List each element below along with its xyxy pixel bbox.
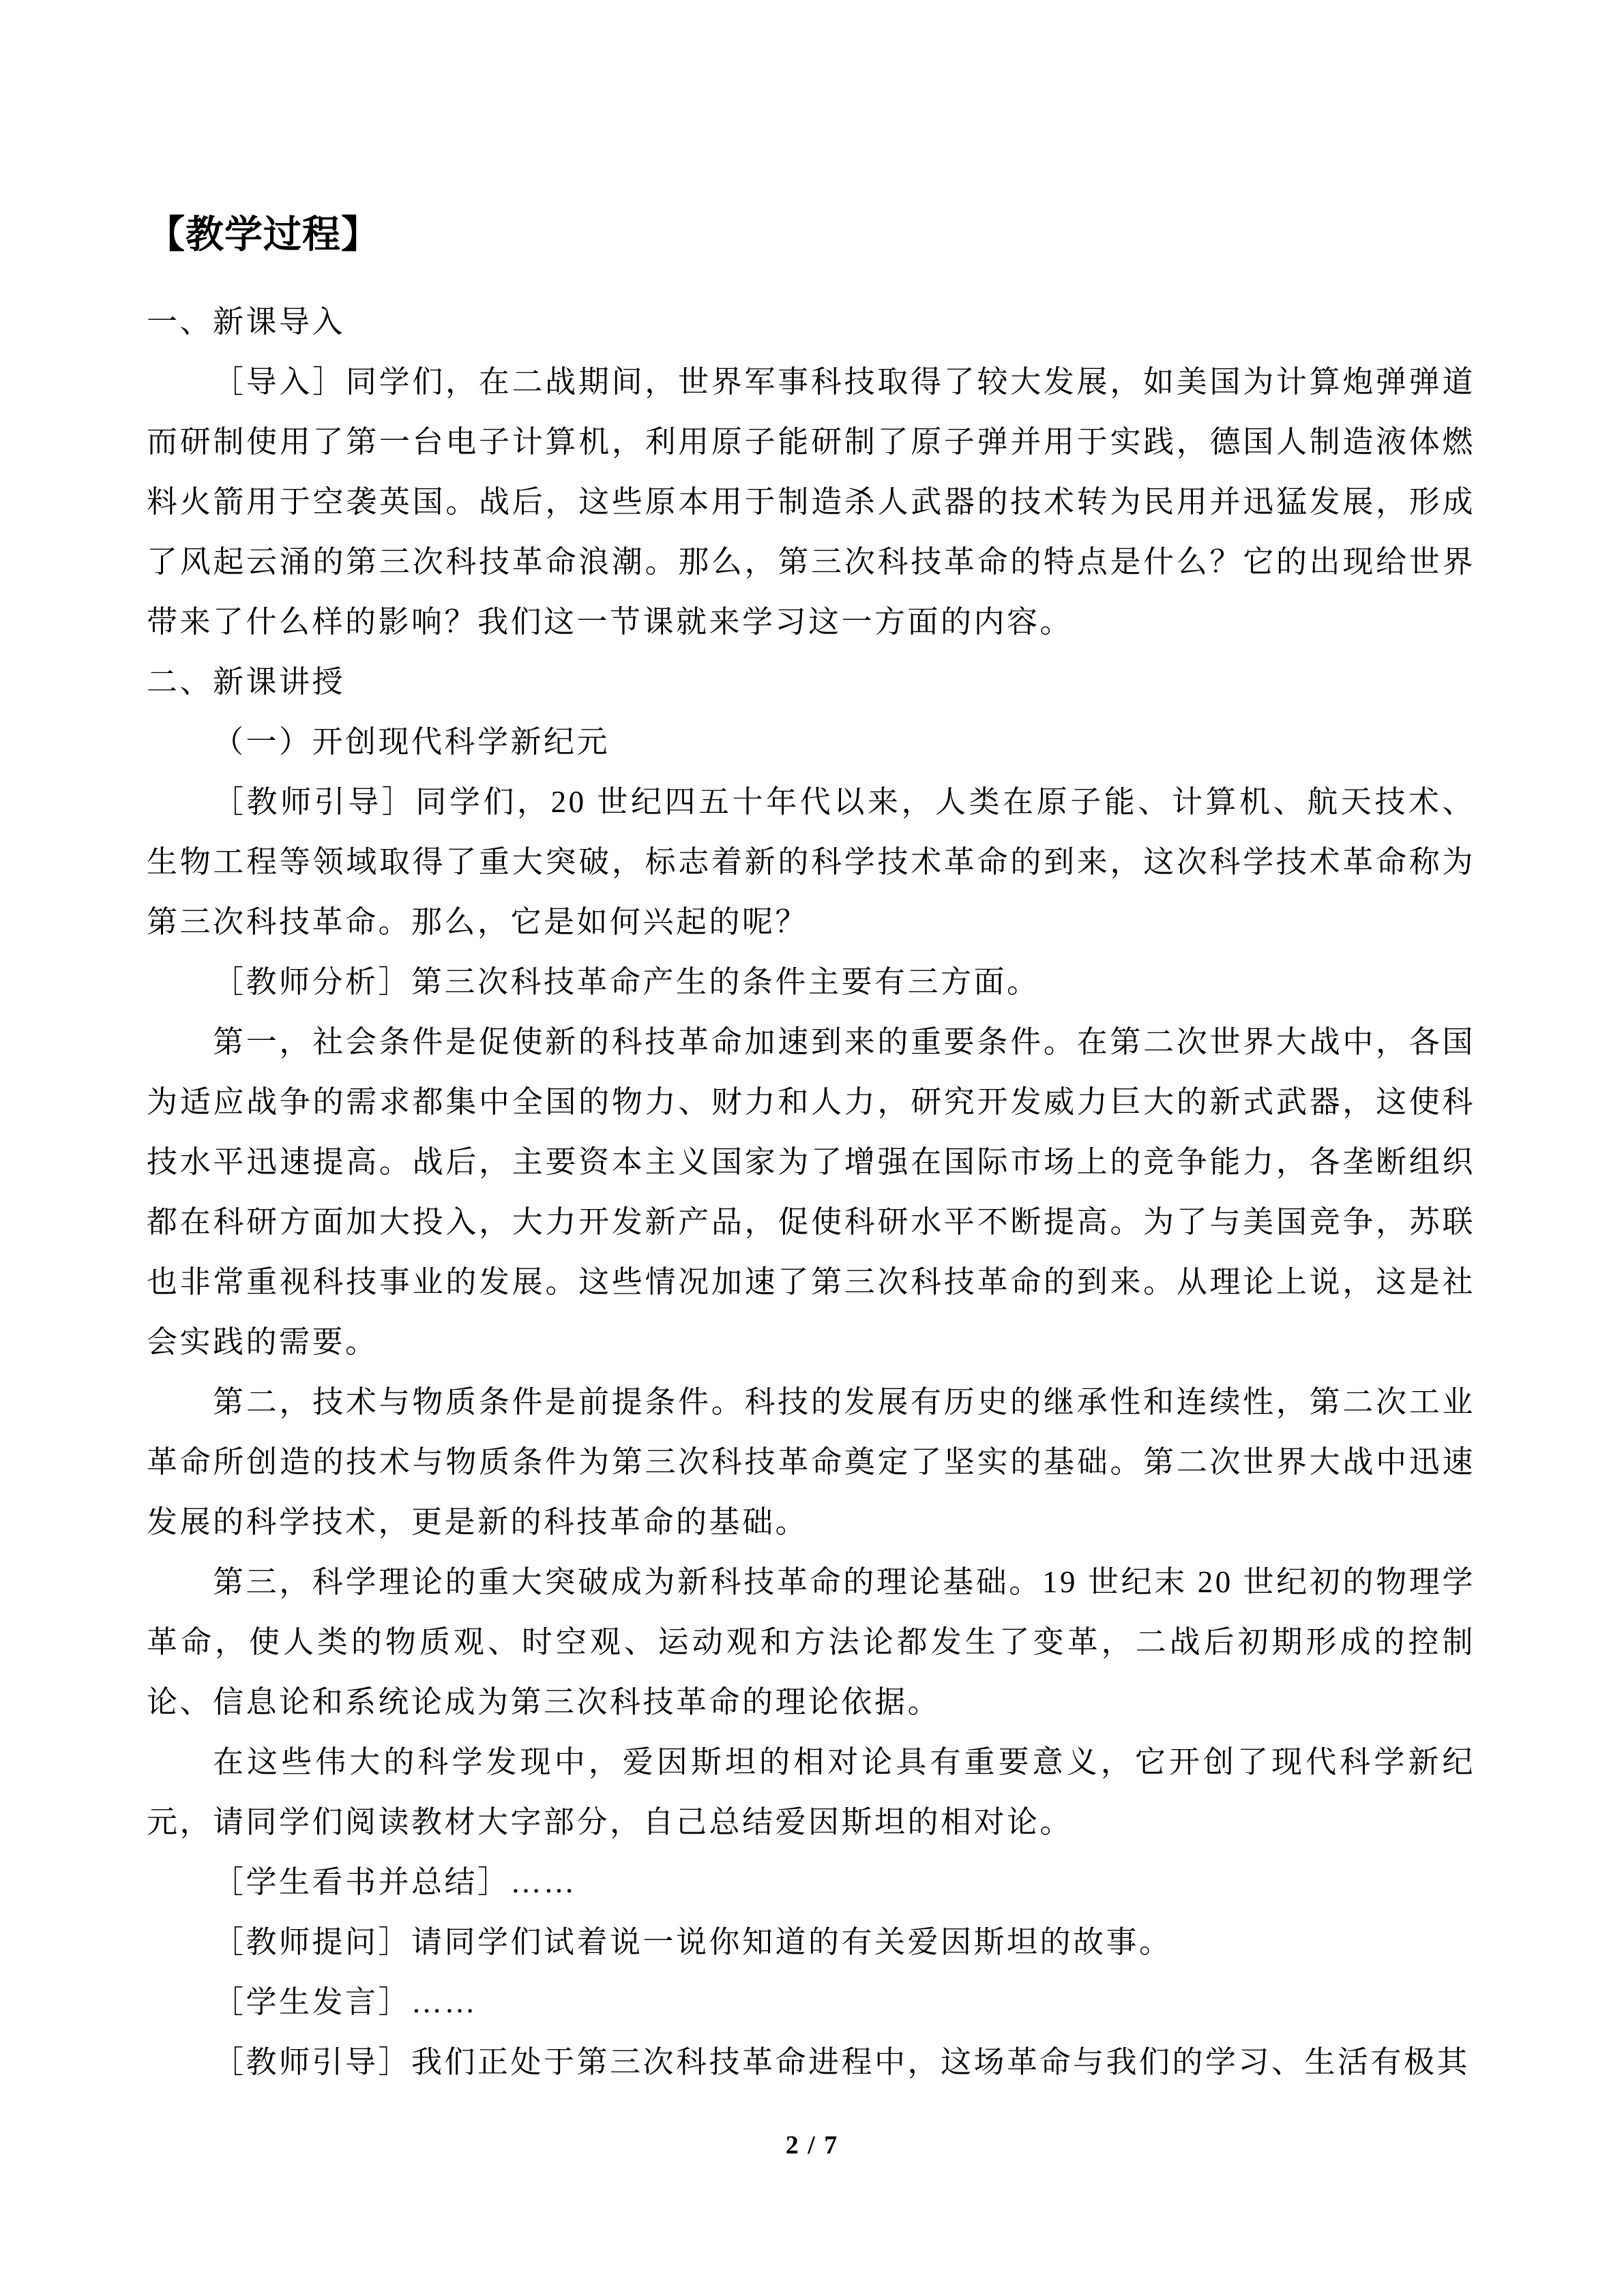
document-body: 一、新课导入［导入］同学们，在二战期间，世界军事科技取得了较大发展，如美国为计算… — [147, 292, 1475, 2092]
page-number: 2 / 7 — [0, 2130, 1624, 2160]
paragraph: （一）开创现代科学新纪元 — [147, 712, 1475, 772]
paragraph: ［教师提问］请同学们试着说一说你知道的有关爱因斯坦的故事。 — [147, 1912, 1475, 1972]
paragraph: 第三，科学理论的重大突破成为新科技革命的理论基础。19 世纪末 20 世纪初的物… — [147, 1552, 1475, 1732]
page-title: 【教学过程】 — [147, 213, 1475, 257]
paragraph: ［教师引导］我们正处于第三次科技革命进程中，这场革命与我们的学习、生活有极其 — [147, 2032, 1475, 2092]
document-page: 【教学过程】 一、新课导入［导入］同学们，在二战期间，世界军事科技取得了较大发展… — [0, 0, 1624, 2296]
paragraph: ［导入］同学们，在二战期间，世界军事科技取得了较大发展，如美国为计算炮弹弹道而研… — [147, 352, 1475, 652]
paragraph: ［教师引导］同学们，20 世纪四五十年代以来，人类在原子能、计算机、航天技术、生… — [147, 772, 1475, 952]
paragraph: ［学生看书并总结］…… — [147, 1852, 1475, 1912]
paragraph: 第二，技术与物质条件是前提条件。科技的发展有历史的继承性和连续性，第二次工业革命… — [147, 1372, 1475, 1552]
paragraph: 第一，社会条件是促使新的科技革命加速到来的重要条件。在第二次世界大战中，各国为适… — [147, 1012, 1475, 1372]
paragraph: ［学生发言］…… — [147, 1972, 1475, 2032]
paragraph: 一、新课导入 — [147, 292, 1475, 352]
paragraph: 二、新课讲授 — [147, 652, 1475, 712]
document-content: 【教学过程】 一、新课导入［导入］同学们，在二战期间，世界军事科技取得了较大发展… — [147, 213, 1475, 2092]
paragraph: ［教师分析］第三次科技革命产生的条件主要有三方面。 — [147, 952, 1475, 1012]
paragraph: 在这些伟大的科学发现中，爱因斯坦的相对论具有重要意义，它开创了现代科学新纪元，请… — [147, 1732, 1475, 1852]
